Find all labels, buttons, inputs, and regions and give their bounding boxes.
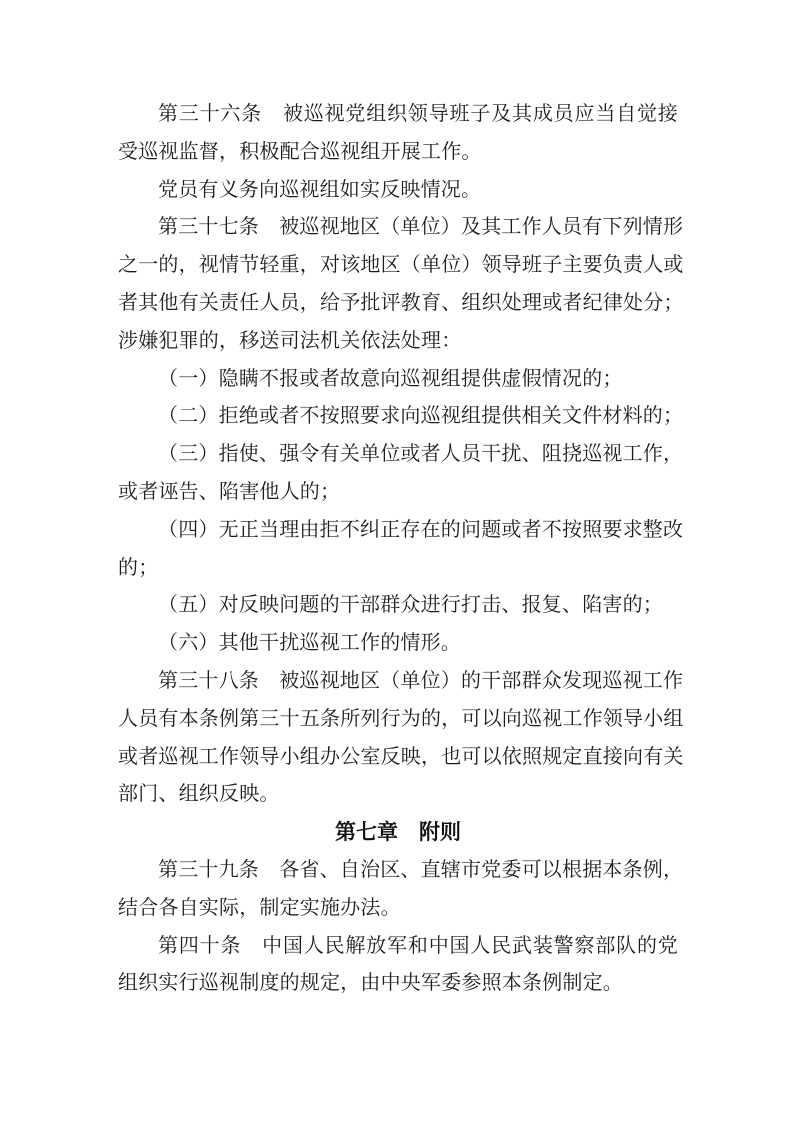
text-line: 人员有本条例第三十五条所列行为的，可以向巡视工作领导小组 [118, 701, 678, 739]
article-37-item-2: （二）拒绝或者不按照要求向巡视组提供相关文件材料的； [118, 398, 678, 436]
text-line: 或者巡视工作领导小组办公室反映，也可以依照规定直接向有关 [118, 739, 678, 777]
text-line: 的； [118, 550, 678, 588]
article-39: 第三十九条 各省、自治区、直辖市党委可以根据本条例，结合各自实际，制定实施办法。 [118, 852, 678, 928]
text-line: 第四十条 中国人民解放军和中国人民武装警察部队的党 [118, 928, 678, 966]
article-38: 第三十八条 被巡视地区（单位）的干部群众发现巡视工作人员有本条例第三十五条所列行… [118, 663, 678, 814]
document-body: 第三十六条 被巡视党组织领导班子及其成员应当自觉接受巡视监督，积极配合巡视组开展… [118, 96, 678, 1003]
text-line: 结合各自实际，制定实施办法。 [118, 890, 678, 928]
text-line: （二）拒绝或者不按照要求向巡视组提供相关文件材料的； [118, 398, 678, 436]
text-line: （四）无正当理由拒不纠正存在的问题或者不按照要求整改 [118, 512, 678, 550]
text-line: 受巡视监督，积极配合巡视组开展工作。 [118, 134, 678, 172]
text-line: 涉嫌犯罪的，移送司法机关依法处理： [118, 323, 678, 361]
article-36: 第三十六条 被巡视党组织领导班子及其成员应当自觉接受巡视监督，积极配合巡视组开展… [118, 96, 678, 172]
article-37-item-1: （一）隐瞒不报或者故意向巡视组提供虚假情况的； [118, 361, 678, 399]
text-line: （三）指使、强令有关单位或者人员干扰、阻挠巡视工作， [118, 436, 678, 474]
text-line: 第三十八条 被巡视地区（单位）的干部群众发现巡视工作 [118, 663, 678, 701]
text-line: （六）其他干扰巡视工作的情形。 [118, 625, 678, 663]
article-37-item-5: （五）对反映问题的干部群众进行打击、报复、陷害的； [118, 587, 678, 625]
article-37-item-6: （六）其他干扰巡视工作的情形。 [118, 625, 678, 663]
text-line: 或者诬告、陷害他人的； [118, 474, 678, 512]
article-37: 第三十七条 被巡视地区（单位）及其工作人员有下列情形之一的，视情节轻重，对该地区… [118, 209, 678, 360]
text-line: （一）隐瞒不报或者故意向巡视组提供虚假情况的； [118, 361, 678, 399]
text-line: 部门、组织反映。 [118, 776, 678, 814]
text-line: 党员有义务向巡视组如实反映情况。 [118, 172, 678, 210]
text-line: 第三十六条 被巡视党组织领导班子及其成员应当自觉接 [118, 96, 678, 134]
article-37-item-3: （三）指使、强令有关单位或者人员干扰、阻挠巡视工作，或者诬告、陷害他人的； [118, 436, 678, 512]
chapter-7-heading: 第七章 附则 [118, 814, 678, 852]
text-line: 之一的，视情节轻重，对该地区（单位）领导班子主要负责人或 [118, 247, 678, 285]
text-line: 组织实行巡视制度的规定，由中央军委参照本条例制定。 [118, 965, 678, 1003]
article-37-item-4: （四）无正当理由拒不纠正存在的问题或者不按照要求整改的； [118, 512, 678, 588]
text-line: （五）对反映问题的干部群众进行打击、报复、陷害的； [118, 587, 678, 625]
text-line: 第三十七条 被巡视地区（单位）及其工作人员有下列情形 [118, 209, 678, 247]
text-line: 者其他有关责任人员，给予批评教育、组织处理或者纪律处分； [118, 285, 678, 323]
article-40: 第四十条 中国人民解放军和中国人民武装警察部队的党组织实行巡视制度的规定，由中央… [118, 928, 678, 1004]
article-36-paragraph-2: 党员有义务向巡视组如实反映情况。 [118, 172, 678, 210]
text-line: 第三十九条 各省、自治区、直辖市党委可以根据本条例， [118, 852, 678, 890]
document-page: 第三十六条 被巡视党组织领导班子及其成员应当自觉接受巡视监督，积极配合巡视组开展… [0, 0, 793, 1122]
